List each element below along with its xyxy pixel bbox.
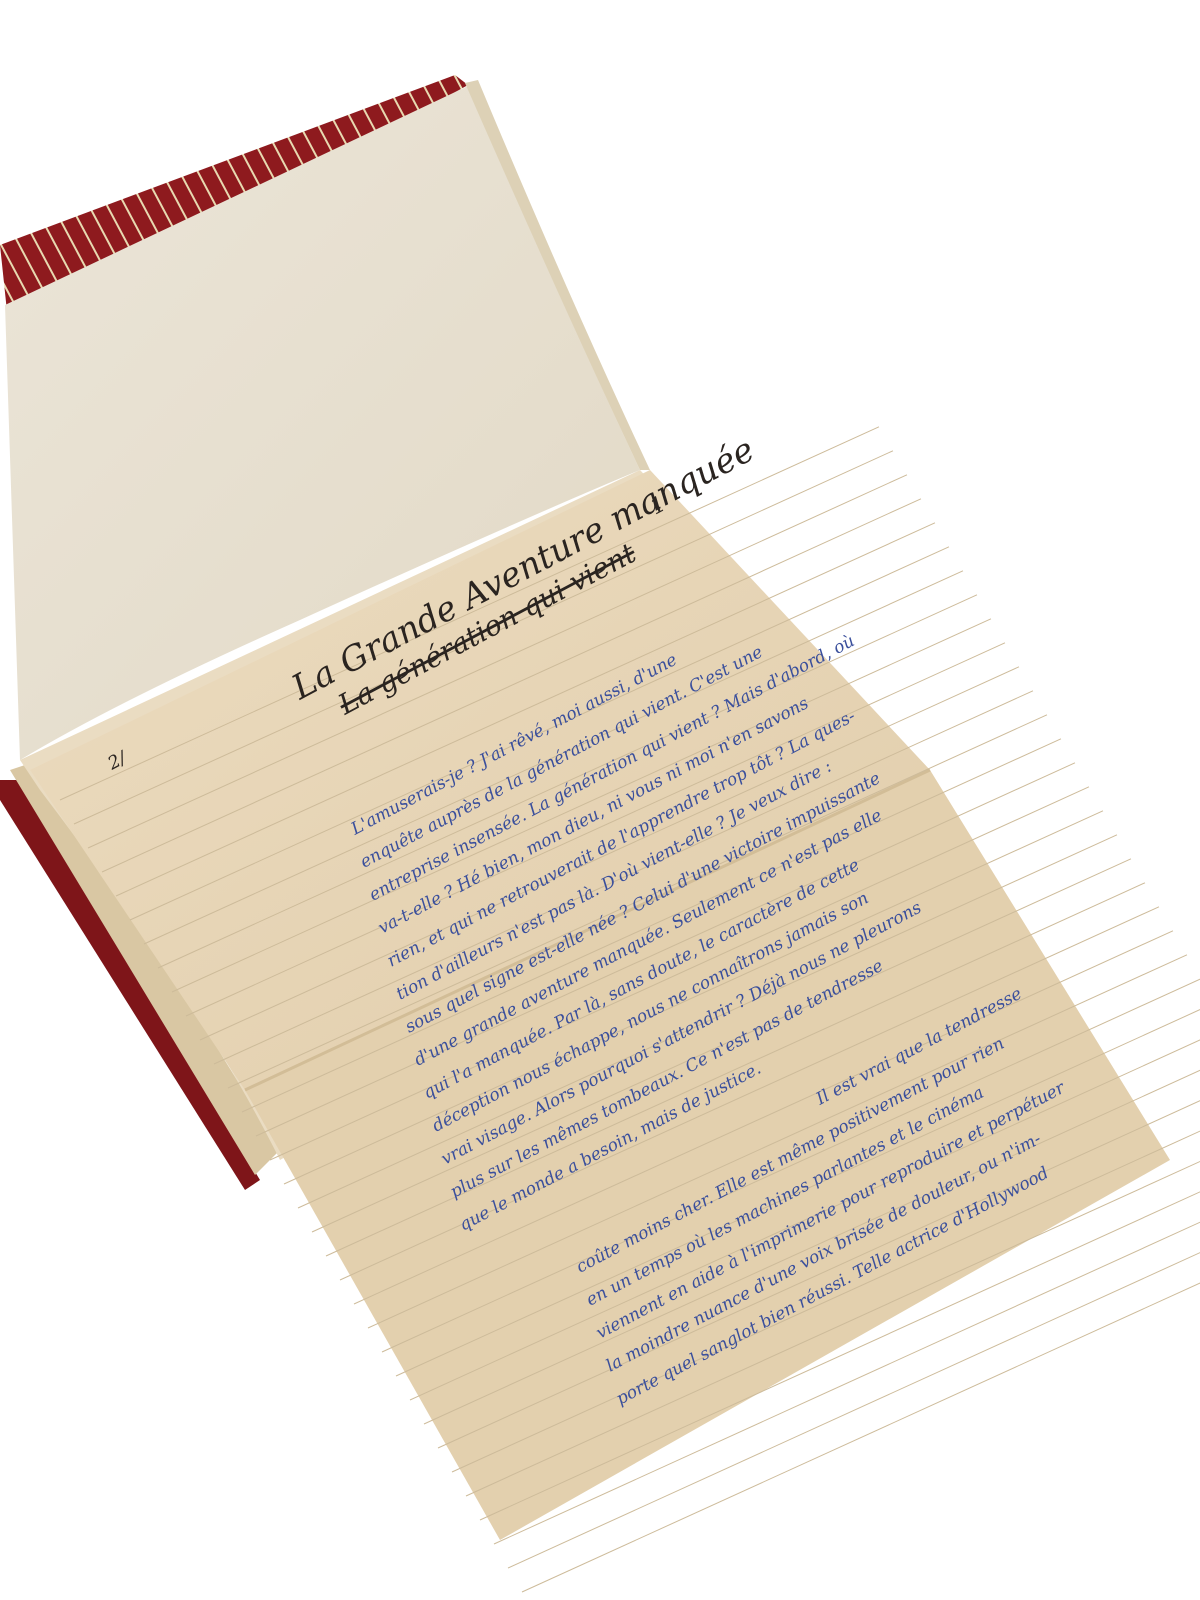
notebook-photo: 12/La Grande Aventure manquéeLa générati… <box>0 0 1200 1600</box>
photo-stage: 12/La Grande Aventure manquéeLa générati… <box>0 0 1200 1600</box>
